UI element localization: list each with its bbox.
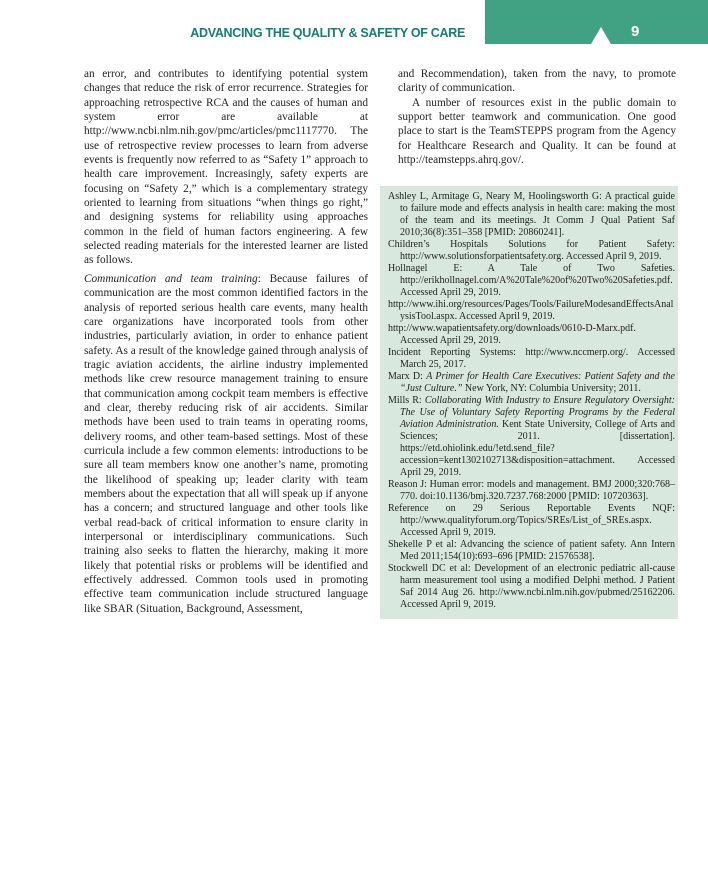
page-number: 9 (631, 23, 639, 40)
text-segment: A number of resources exist in the publi… (398, 97, 676, 166)
text-segment: Incident Reporting Systems: http://www.n… (388, 347, 675, 370)
body-paragraph: Communication and team training: Because… (84, 272, 368, 616)
reference-entry: Reason J: Human error: models and manage… (388, 479, 675, 503)
page-number-tab: 9 (485, 0, 708, 44)
text-segment: New York, NY: Columbia University; 2011. (462, 383, 640, 394)
reference-entry: Incident Reporting Systems: http://www.n… (388, 347, 675, 371)
reference-entry: Shekelle P et al: Advancing the science … (388, 539, 675, 563)
reference-entry: Mills R: Collaborating With Industry to … (388, 395, 675, 479)
text-segment: : Because failures of communication are … (84, 273, 368, 615)
references-box: Ashley L, Armitage G, Neary M, Hoolingsw… (380, 186, 678, 619)
reference-entry: Hollnagel E: A Tale of Two Safeties. htt… (388, 263, 675, 299)
text-segment: Reason J: Human error: models and manage… (388, 479, 675, 502)
text-segment: Children’s Hospitals Solutions for Patie… (388, 239, 675, 262)
text-segment: http://www.ihi.org/resources/Pages/Tools… (388, 299, 673, 322)
text-segment: Ashley L, Armitage G, Neary M, Hoolingsw… (388, 191, 675, 238)
left-text-column: an error, and contributes to identifying… (84, 67, 368, 616)
tab-notch-triangle-icon (591, 27, 611, 44)
text-segment: Reference on 29 Serious Reportable Event… (388, 503, 675, 538)
text-segment: and Recommendation), taken from the navy… (398, 68, 676, 94)
book-page: ADVANCING THE QUALITY & SAFETY OF CARE 9… (0, 0, 708, 876)
reference-entry: Stockwell DC et al: Development of an el… (388, 563, 675, 611)
text-segment: an error, and contributes to identifying… (84, 68, 368, 266)
text-segment: Marx D: (388, 371, 426, 382)
italic-text-segment: Communication and team training (84, 273, 258, 285)
body-paragraph: A number of resources exist in the publi… (398, 96, 676, 168)
reference-entry: Reference on 29 Serious Reportable Event… (388, 503, 675, 539)
text-segment: Shekelle P et al: Advancing the science … (388, 539, 675, 562)
text-segment: Stockwell DC et al: Development of an el… (388, 563, 675, 610)
body-paragraph: and Recommendation), taken from the navy… (398, 67, 676, 96)
body-paragraph: an error, and contributes to identifying… (84, 67, 368, 268)
right-text-column: and Recommendation), taken from the navy… (398, 67, 676, 167)
text-segment: http://www.wapatientsafety.org/downloads… (388, 323, 636, 346)
reference-entry: Marx D: A Primer for Health Care Executi… (388, 371, 675, 395)
reference-entry: Children’s Hospitals Solutions for Patie… (388, 239, 675, 263)
reference-entry: http://www.wapatientsafety.org/downloads… (388, 323, 675, 347)
running-header-title: ADVANCING THE QUALITY & SAFETY OF CARE (84, 25, 465, 41)
reference-entry: http://www.ihi.org/resources/Pages/Tools… (388, 299, 675, 323)
text-segment: Hollnagel E: A Tale of Two Safeties. htt… (388, 263, 675, 298)
reference-entry: Ashley L, Armitage G, Neary M, Hoolingsw… (388, 191, 675, 239)
text-segment: Mills R: (388, 395, 425, 406)
